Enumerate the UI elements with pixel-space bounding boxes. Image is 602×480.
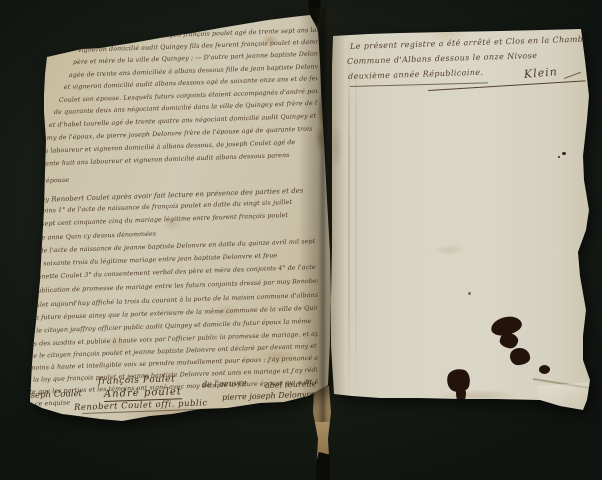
signature-joseph-coulet: joseph Coulet [23, 389, 82, 401]
binding-stub-tip [316, 452, 330, 480]
ink-speck [562, 152, 566, 155]
ink-speck [558, 156, 560, 158]
signature-pierre-joseph-delonvre: pierre joseph Delonvre [222, 390, 315, 402]
archival-scan: mariage d'une part le Citoyen françois p… [0, 0, 602, 480]
ink-blot [539, 365, 550, 374]
signature-abel-tourelle: abel tourelle [265, 379, 317, 390]
manuscript-line: de l'épouse [32, 175, 92, 187]
klein-signature-flourish [428, 80, 586, 91]
right-page: Le présent registre a été arrêté et Clos… [328, 26, 596, 418]
paper-crease [348, 32, 350, 402]
signature-de-loeuvre: de l'oeuvre [202, 378, 247, 389]
ink-blot [498, 331, 519, 350]
left-page-wrapper: mariage d'une part le Citoyen françois p… [22, 12, 335, 424]
klein-signature-tail [564, 72, 581, 79]
right-page-wrapper: Le présent registre a été arrêté et Clos… [328, 26, 596, 418]
ink-blot [509, 347, 530, 365]
paper-crease [355, 32, 357, 402]
signature-klein: Klein [523, 65, 558, 81]
page-fold-highlight [536, 382, 590, 404]
left-page: mariage d'une part le Citoyen françois p… [22, 12, 335, 424]
ink-blot-drip [456, 388, 466, 404]
ink-speck [468, 292, 471, 295]
closing-note-line: deuxième année Républicaine. [348, 65, 508, 83]
